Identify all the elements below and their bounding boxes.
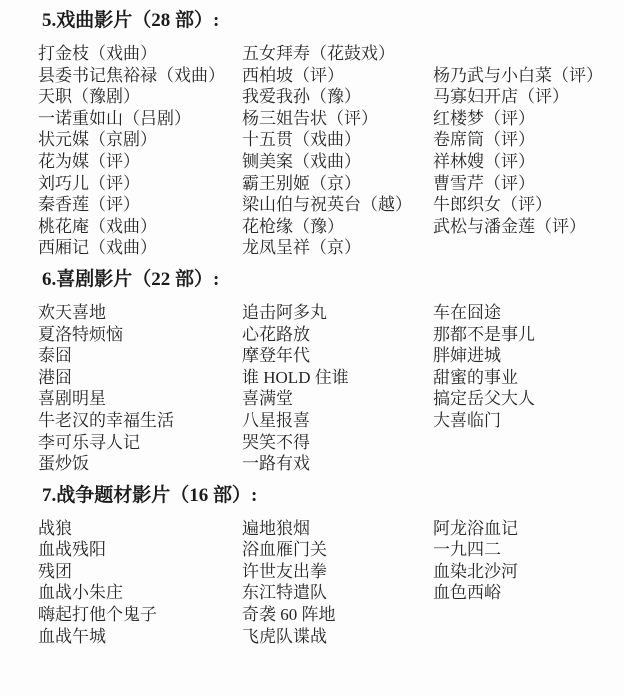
film-title: 哭笑不得 [242,432,433,454]
film-grid: 打金枝（戏曲）五女拜寿（花鼓戏）县委书记焦裕禄（戏曲）西柏坡（评）杨乃武与小白菜… [38,43,614,259]
film-title: 嗨起打他个鬼子 [38,604,242,626]
film-title: 东江特遣队 [242,582,433,604]
film-title: 八星报喜 [242,410,433,432]
film-title: 祥林嫂（评） [433,151,614,173]
film-title: 那都不是事儿 [433,324,614,346]
section-title-opera-films: 5.戏曲影片（28 部）: [42,9,614,33]
film-title: 县委书记焦裕禄（戏曲） [38,65,242,87]
film-title: 喜剧明星 [38,388,242,410]
film-title: 打金枝（戏曲） [38,43,242,65]
film-title: 许世友出拳 [242,561,433,583]
film-title: 我爱我孙（豫） [242,86,433,108]
film-cell-empty [433,453,614,475]
film-title: 杨乃武与小白菜（评） [433,65,614,87]
film-title: 车在囧途 [433,302,614,324]
film-cell-empty [433,432,614,454]
film-title: 西厢记（戏曲） [38,237,242,259]
film-cell-empty [433,237,614,259]
film-title: 梁山伯与祝英台（越） [242,194,433,216]
film-title: 秦香莲（评） [38,194,242,216]
film-title: 谁 HOLD 住谁 [242,367,433,389]
film-title: 胖婶进城 [433,345,614,367]
film-title: 桃花庵（戏曲） [38,216,242,238]
film-title: 浴血雁门关 [242,539,433,561]
film-title: 血战残阳 [38,539,242,561]
film-title: 阿龙浴血记 [433,518,614,540]
film-section-comedy-films: 6.喜剧影片（22 部）:欢天喜地追击阿多丸车在囧途夏洛特烦恼心花路放那都不是事… [38,268,614,475]
film-cell-empty [433,626,614,648]
film-title: 摩登年代 [242,345,433,367]
film-title: 刘巧儿（评） [38,173,242,195]
film-title: 遍地狼烟 [242,518,433,540]
film-cell-empty [433,604,614,626]
film-title: 一诺重如山（吕剧） [38,108,242,130]
film-title: 欢天喜地 [38,302,242,324]
film-title: 战狼 [38,518,242,540]
film-title: 曹雪芹（评） [433,173,614,195]
film-grid: 战狼遍地狼烟阿龙浴血记血战残阳浴血雁门关一九四二残团许世友出拳血染北沙河血战小朱… [38,518,614,648]
film-title: 飞虎队谍战 [242,626,433,648]
film-section-opera-films: 5.戏曲影片（28 部）:打金枝（戏曲）五女拜寿（花鼓戏）县委书记焦裕禄（戏曲）… [38,9,614,259]
film-title: 龙凤呈祥（京） [242,237,433,259]
film-title: 天职（豫剧） [38,86,242,108]
film-title: 港囧 [38,367,242,389]
film-title: 血色西峪 [433,582,614,604]
film-section-war-films: 7.战争题材影片（16 部）:战狼遍地狼烟阿龙浴血记血战残阳浴血雁门关一九四二残… [38,484,614,648]
section-title-comedy-films: 6.喜剧影片（22 部）: [42,268,614,292]
film-title: 卷席筒（评） [433,129,614,151]
film-title: 血染北沙河 [433,561,614,583]
film-title: 喜满堂 [242,388,433,410]
film-title: 西柏坡（评） [242,65,433,87]
film-title: 一九四二 [433,539,614,561]
film-title: 残团 [38,561,242,583]
section-title-war-films: 7.战争题材影片（16 部）: [42,484,614,508]
film-title: 夏洛特烦恼 [38,324,242,346]
film-title: 一路有戏 [242,453,433,475]
film-title: 血战小朱庄 [38,582,242,604]
film-title: 大喜临门 [433,410,614,432]
film-grid: 欢天喜地追击阿多丸车在囧途夏洛特烦恼心花路放那都不是事儿泰囧摩登年代胖婶进城港囧… [38,302,614,475]
film-title: 搞定岳父大人 [433,388,614,410]
film-title: 铡美案（戏曲） [242,151,433,173]
film-title: 心花路放 [242,324,433,346]
film-title: 蛋炒饭 [38,453,242,475]
film-title: 花为媒（评） [38,151,242,173]
film-title: 五女拜寿（花鼓戏） [242,43,433,65]
film-title: 牛老汉的幸福生活 [38,410,242,432]
film-title: 奇袭 60 阵地 [242,604,433,626]
film-title: 马寡妇开店（评） [433,86,614,108]
film-title: 花枪缘（豫） [242,216,433,238]
film-title: 牛郎织女（评） [433,194,614,216]
film-title: 杨三姐告状（评） [242,108,433,130]
film-list-document: 5.戏曲影片（28 部）:打金枝（戏曲）五女拜寿（花鼓戏）县委书记焦裕禄（戏曲）… [0,0,624,696]
film-title: 红楼梦（评） [433,108,614,130]
film-title: 十五贯（戏曲） [242,129,433,151]
film-title: 武松与潘金莲（评） [433,216,614,238]
film-title: 甜蜜的事业 [433,367,614,389]
film-cell-empty [433,43,614,65]
film-title: 状元媒（京剧） [38,129,242,151]
film-title: 霸王别姬（京） [242,173,433,195]
film-title: 血战午城 [38,626,242,648]
film-title: 李可乐寻人记 [38,432,242,454]
film-title: 泰囧 [38,345,242,367]
film-title: 追击阿多丸 [242,302,433,324]
